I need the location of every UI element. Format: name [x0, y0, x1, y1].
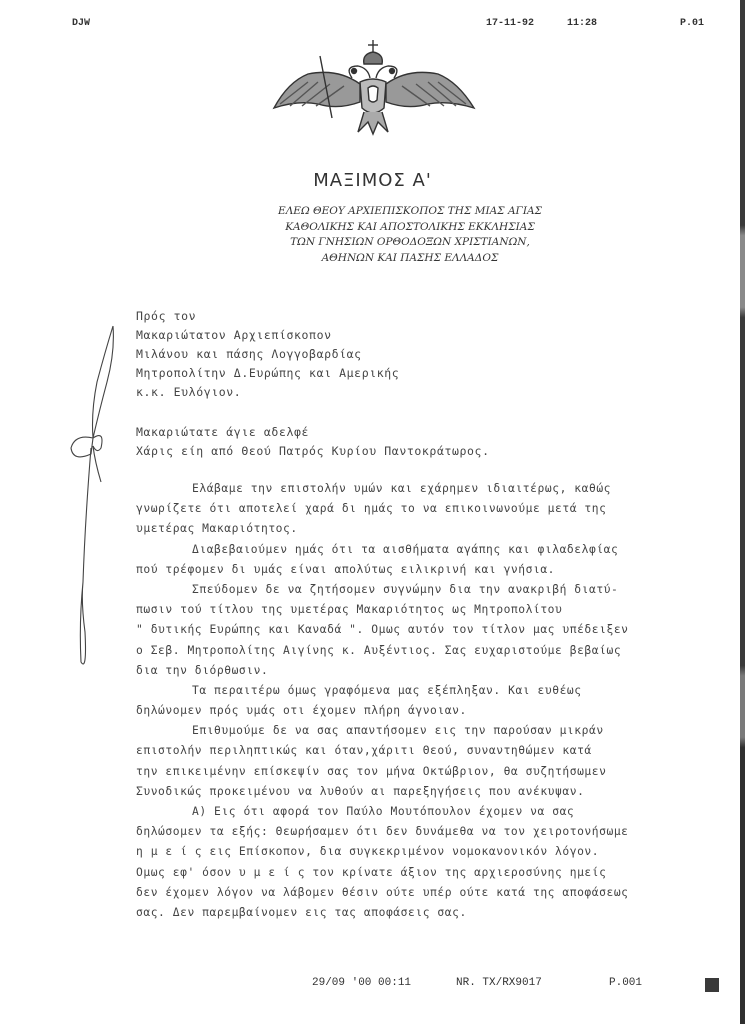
- body-line: πού τρέφομεν δι υμάς είναι απολύτως ειλι…: [136, 560, 629, 580]
- body-line: Ομως εφ' όσον υ μ ε ί ς τον κρίνατε άξιο…: [136, 863, 629, 883]
- fax-header: DJW 17-11-92 11:28 P.01: [0, 18, 745, 32]
- body-line: Συνοδικώς προκειμένου να λυθούν αι παρεξ…: [136, 782, 629, 802]
- fax-footer-page: P.001: [609, 977, 642, 989]
- body-line: Ελάβαμε την επιστολήν υμών και εχάρημεν …: [136, 479, 629, 499]
- body-line: πωσιν τού τίτλου της υμετέρας Μακαριότητ…: [136, 600, 629, 620]
- body-line: " δυτικής Ευρώπης και Καναδά ". Ομως αυτ…: [136, 620, 629, 640]
- body-line: Διαβεβαιούμεν ημάς ότι τα αισθήματα αγάπ…: [136, 540, 629, 560]
- body-line: δεν έχομεν λόγον να λάβομεν θέσιν ούτε υ…: [136, 883, 629, 903]
- body-line: υμετέρας Μακαριότητος.: [136, 519, 629, 539]
- address-line: Μιλάνου και πάσης Λογγοβαρδίας: [136, 345, 399, 364]
- address-line: Μακαριώτατον Αρχιεπίσκοπον: [136, 326, 399, 345]
- body-line: σας. Δεν παρεμβαίνομεν εις τας αποφάσεις…: [136, 903, 629, 923]
- fax-date: 17-11-92: [486, 18, 534, 29]
- letterhead-title: ΜΑΞΙΜΟΣ Α': [0, 170, 745, 191]
- body-line: Επιθυμούμε δε να σας απαντήσομεν εις την…: [136, 721, 629, 741]
- body-line: δηλώνομεν πρός υμάς οτι έχομεν πλήρη άγν…: [136, 701, 629, 721]
- fax-footer: 29/09 '00 00:11 NR. TX/RX9017 P.001: [0, 977, 745, 991]
- subtitle-line: ΤΩΝ ΓΝΗΣΙΩΝ ΟΡΘΟΔΟΞΩΝ ΧΡΙΣΤΙΑΝΩΝ,: [240, 235, 580, 251]
- salutation-line: Μακαριώτατε άγιε αδελφέ: [136, 423, 490, 442]
- scan-edge: [740, 0, 745, 1024]
- subtitle-line: ΕΛΕΩ ΘΕΟΥ ΑΡΧΙΕΠΙΣΚΟΠΟΣ ΤΗΣ ΜΙΑΣ ΑΓΙΑΣ: [240, 204, 580, 220]
- address-line: Πρός τον: [136, 307, 399, 326]
- ribbon-bow-icon: [55, 322, 125, 682]
- letter-body: Ελάβαμε την επιστολήν υμών και εχάρημεν …: [136, 479, 629, 923]
- fax-footer-date: 29/09 '00 00:11: [312, 977, 411, 989]
- body-line: Σπεύδομεν δε να ζητήσομεν συγνώμην δια τ…: [136, 580, 629, 600]
- body-line: η μ ε ί ς εις Επίσκοπον, δια συγκεκριμέν…: [136, 842, 629, 862]
- recipient-address: Πρός τον Μακαριώτατον Αρχιεπίσκοπον Μιλά…: [136, 307, 399, 402]
- address-line: κ.κ. Ευλόγιον.: [136, 383, 399, 402]
- fax-time: 11:28: [567, 18, 597, 29]
- subtitle-line: ΑΘΗΝΩΝ ΚΑΙ ΠΑΣΗΣ ΕΛΛΑΔΟΣ: [240, 251, 580, 267]
- salutation-line: Χάρις είη από Θεού Πατρός Κυρίου Παντοκρ…: [136, 442, 490, 461]
- fax-sender: DJW: [72, 18, 90, 29]
- body-line: δια την διόρθωσιν.: [136, 661, 629, 681]
- fax-footer-number: NR. TX/RX9017: [456, 977, 542, 989]
- address-line: Μητροπολίτην Δ.Ευρώπης και Αμερικής: [136, 364, 399, 383]
- body-line: δηλώσομεν τα εξής: Θεωρήσαμεν ότι δεν δυ…: [136, 822, 629, 842]
- body-line: Τα περαιτέρω όμως γραφόμενα μας εξέπληξα…: [136, 681, 629, 701]
- double-headed-eagle-icon: [268, 38, 478, 138]
- letterhead-subtitle: ΕΛΕΩ ΘΕΟΥ ΑΡΧΙΕΠΙΣΚΟΠΟΣ ΤΗΣ ΜΙΑΣ ΑΓΙΑΣ Κ…: [240, 204, 580, 266]
- body-line: την επικειμένην επίσκεψίν σας τον μήνα Ο…: [136, 762, 629, 782]
- body-line: επιστολήν περιληπτικώς και όταν,χάριτι Θ…: [136, 741, 629, 761]
- fax-page: P.01: [680, 18, 704, 29]
- salutation: Μακαριώτατε άγιε αδελφέ Χάρις είη από Θε…: [136, 423, 490, 461]
- subtitle-line: ΚΑΘΟΛΙΚΗΣ ΚΑΙ ΑΠΟΣΤΟΛΙΚΗΣ ΕΚΚΛΗΣΙΑΣ: [240, 220, 580, 236]
- fax-marker-square: [705, 978, 719, 992]
- body-line: Α) Εις ότι αφορά τον Παύλο Μουτόπουλον έ…: [136, 802, 629, 822]
- body-line: γνωρίζετε ότι αποτελεί χαρά δι ημάς το ν…: [136, 499, 629, 519]
- body-line: ο Σεβ. Μητροπολίτης Αιγίνης κ. Αυξέντιος…: [136, 641, 629, 661]
